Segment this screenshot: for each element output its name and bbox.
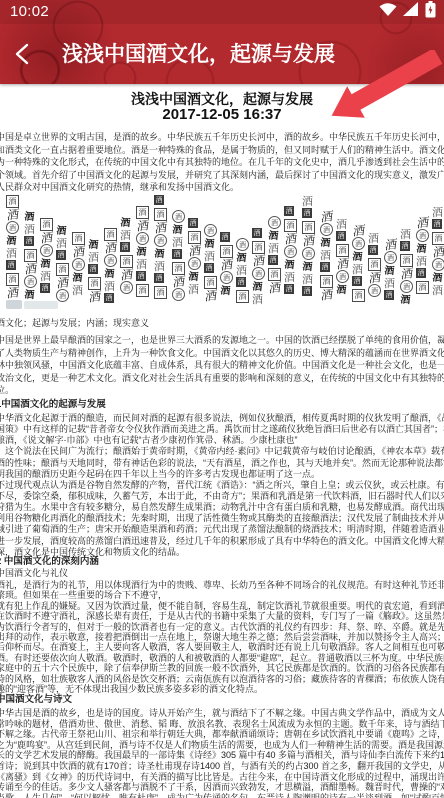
text-line: 在饮酒时不遵守酒礼，深感长辈有责任，于是从古代的书籍中采集了大量的资料，专门写了… xyxy=(0,611,444,621)
text-line: 就有犯上作乱的嫌疑。又因为饮酒过量，便不能自制，容易生乱，制定饮酒礼节就很重要。… xyxy=(0,601,444,611)
text-line: 明我国的酿酒历史距今起码在四千年以上当今的许多考古发现也都证明了这一点。 xyxy=(0,469,444,480)
text-line: 不过现代观点认为酒是谷物自然发酵的产物，晋代江统《酒诰》：“酒之所兴，肇自上皇；… xyxy=(0,480,444,491)
app-bar: 浅浅中国酒文化，起源与发展 xyxy=(0,24,444,84)
text-line: 人民群众对中国酒文化研究的热情，继承和发扬中国酒文化。 xyxy=(0,181,444,194)
sub-heading: 中国酒文化与礼仪 xyxy=(0,568,444,579)
text-line: 为饮酒行令者写的，但对于一般的饮酒者也有一定的意义。古代饮酒的礼仪约有四步：拜、… xyxy=(0,622,444,632)
text-line: 个领域。首先介绍了中国酒文化的起源与发展，并研究了其深刻内涵，最后探讨了中国酒文… xyxy=(0,169,444,182)
text-line: 中国是世界上最早酿酒的国家之一，也是世界三大酒系的发源地之一。中国的饮酒已经摆脱… xyxy=(0,334,444,347)
status-icons xyxy=(379,3,436,21)
text-line: 狩猎为生。水果中含有较多糖分，易自然发酵生成果酒；动物乳汁中含有蛋白质和乳糖，也… xyxy=(0,502,444,513)
text-line: 进一步发展，酒度较高的蒸馏白酒迅速普及，经过几千年的积累形成了具有中华特色的酒文… xyxy=(0,536,444,547)
article-body: 中国是卓立世界的文明古国，是酒的故乡。中华民族五千年历史长河中，酒的故乡。中华民… xyxy=(0,84,444,798)
text-line: 家庭中的五十六个民族中，除了信奉伊斯兰教的回族一般不饮酒外，其它民族都是饮酒的。… xyxy=(0,663,444,673)
paragraph: 中华酒文化起源于酒的酿造，而民间对酒的起源有很多说法，例如仪狄酿酒，相传夏禹时期… xyxy=(0,413,444,558)
text-line: 出拜的动作，表示敬意，接着把酒倒出一点在地上，祭谢大地生养之德；然后尝尝酒味，并… xyxy=(0,632,444,642)
text-line: 特的风格，如壮族敬客人酒的风俗是饮交杯酒；云南佤族有以泡酒待客的习俗；藏族待客的… xyxy=(0,674,444,684)
section-heading: 2 中国酒文化的深刻内涵 xyxy=(0,556,444,567)
paragraph: 酒礼，是酒行为的礼节，用以体现酒行为中的贵贱、尊卑、长幼乃至各种不同场合的礼仪规… xyxy=(0,580,444,694)
signal-icon xyxy=(403,2,419,22)
image-caption: 酒文化；起源与发展；内涵；现实意义 xyxy=(0,317,444,329)
text-line: 了人类物质生产与精神创作，上升为一种饮食文化。中国酒文化以其悠久的历史、博大精深… xyxy=(0,347,444,360)
screen: { "colors":{"topbar_red":"#b2292e","arro… xyxy=(0,0,444,798)
wifi-icon xyxy=(379,2,397,22)
text-line: 酒。有时还要依次向人敬酒。敬酒时，敬酒的人和被敬酒的人都要“避席”，起立。普通敬… xyxy=(0,653,444,663)
paragraph: 中国是世界上最早酿酒的国家之一，也是世界三大酒系的发源地之一。中国的饮酒已经摆脱… xyxy=(0,334,444,397)
text-line: 不解之缘。古代帝王祭祀山川、祖宗和举行朝廷大典，都奉献酒诵颂诗；唐朝在乡试饮酒礼… xyxy=(0,729,444,740)
text-line: 传诵至今的佳话。多少文人骚客都与酒脱不了干系，因酒而兴致勃发，才思横溢，酒酣墨畅… xyxy=(0,782,444,793)
text-line: 常吟咏的题材，借酒劝世、傲世、消愁、韬 晦、放浪名教、表现名士风流成为永恒的主题… xyxy=(0,719,444,730)
text-line: 和酒类文化一直占据着重要地位。酒是一种特殊的食品，是属于物质的，但又同时赋于人们… xyxy=(0,144,444,157)
text-line: 之为“鹿鸣宴”。从宫廷到民间，酒与诗不仅是人们物质生活的需要，也成为人们一种精神… xyxy=(0,740,444,751)
text-line: 酒的性味；酿酒与天地同时，带有神话色彩的说法，“天有酒星，酒之作也，其与天地并矣… xyxy=(0,458,444,469)
text-line: 首诗；说到其中饮酒的就有170首；诗圣杜甫现存诗1400 首，与酒有关的约占30… xyxy=(0,761,444,772)
text-line: 长的文学艺术发展的酵酶。我国最早的一部诗集《诗经》305 篇中有40 多篇与酒相… xyxy=(0,750,444,761)
text-line: 域引进了葡萄酒的生产；唐宋开始酿造果酒和药酒；元代出现了蒸馏法酿制的烧酒技术；明… xyxy=(0,524,444,535)
article-content-area[interactable]: 浅浅中国酒文化，起源与发展 2017-12-05 16:37 酒酒酒酒酒酒酒酒酒… xyxy=(0,84,444,798)
section-heading: 中国酒文化与诗文 xyxy=(0,694,444,706)
text-line: 当歌，人生几何”、“何以解忧，唯有杜康”，成为广为传诵的名句。东晋诗人陶渊明的诗… xyxy=(0,793,444,798)
paragraph: 中华古国是酒的故乡，也是诗的国度。诗从开始产生，就与酒结下了不解之缘。中国古典文… xyxy=(0,708,444,798)
section-heading: 1中国酒文化的起源与发展 xyxy=(0,399,444,411)
text-line: 位。 xyxy=(0,384,444,397)
top-app-bar: 10:02 浅浅中国酒文化，起源与发展 xyxy=(0,0,444,84)
back-button[interactable] xyxy=(12,42,36,66)
text-line: 林中独领风骚，中国酒文化底蕴丰富、自成体系，具有很大的精神文化价值。中国酒文化是… xyxy=(0,359,444,372)
battery-charging-icon xyxy=(425,1,436,23)
text-line: 中华酒文化起源于酒的酿造，而民间对酒的起源有很多说法，例如仪狄酿酒，相传夏禹时期… xyxy=(0,413,444,424)
app-bar-title: 浅浅中国酒文化，起源与发展 xyxy=(62,38,392,68)
text-line: 不尽，委馀空桑，郁积成味，久蓄气芳，本出于此，不由奇方”；果酒和乳酒是第一代饮料… xyxy=(0,491,444,502)
text-line: 酒礼，是酒行为的礼节，用以体现酒行为中的贵贱、尊卑、长幼乃至各种不同场合的礼仪规… xyxy=(0,580,444,590)
status-time: 10:02 xyxy=(10,3,49,20)
text-line: 后仰杯而尽。在酒宴上，主人要向客人敬酒，客人要回敬主人，敬酒时还有说上几句敬酒辞… xyxy=(0,642,444,652)
text-line: 国策》中有这样的记载“昔者帝女令仪狄作酒而美进之禹。禹饮而甘之遂疏仪狄绝旨酒曰后… xyxy=(0,424,444,435)
text-line: 《离骚》到《女神》的历代诗词中，有关酒的描写比比皆是。古往今来，在中国诗酒文化形… xyxy=(0,772,444,783)
text-line: 中国是卓立世界的文明古国，是酒的故乡。中华民族五千年历史长河中，酒的故乡。中华民… xyxy=(0,131,444,144)
text-line: 酿酒，《说文解字·巾部》中也有记载“古者少康初作箕帚、秫酒。少康杜康也” xyxy=(0,435,444,446)
text-line: ，这个说法在民间广为流行；酿酒始于黄帝时期，《黄帝内经·素问》中记载黄帝与岐伯讨… xyxy=(0,446,444,457)
text-line: 利用谷物糖化再酒化的酿酒技术；先秦时期，出现了活性微生物或其酶类的直接酿酒法；汉… xyxy=(0,513,444,524)
text-line: 政治文化，更是一种艺术文化。酒文化对社会生活具有重要的影响和深刻的意义，在传统的… xyxy=(0,372,444,385)
text-line: 趣的“迎客酒”等，无不体现出我国少数民族多姿多彩的酒文化特点。 xyxy=(0,684,444,694)
paragraph: 中国是卓立世界的文明古国，是酒的故乡。中华民族五千年历史长河中，酒的故乡。中华民… xyxy=(0,131,444,194)
text-line: 中华古国是酒的故乡，也是诗的国度。诗从开始产生，就与酒结下了不解之缘。中国古典文… xyxy=(0,708,444,719)
status-bar: 10:02 xyxy=(0,0,444,24)
text-line: 繁琐。但如果在一些重要的场合下不遵守， xyxy=(0,590,444,600)
text-line: 为一种特殊的文化形式，在传统的中国文化中有其独特的地位。在几千年的文化史中，酒几… xyxy=(0,156,444,169)
